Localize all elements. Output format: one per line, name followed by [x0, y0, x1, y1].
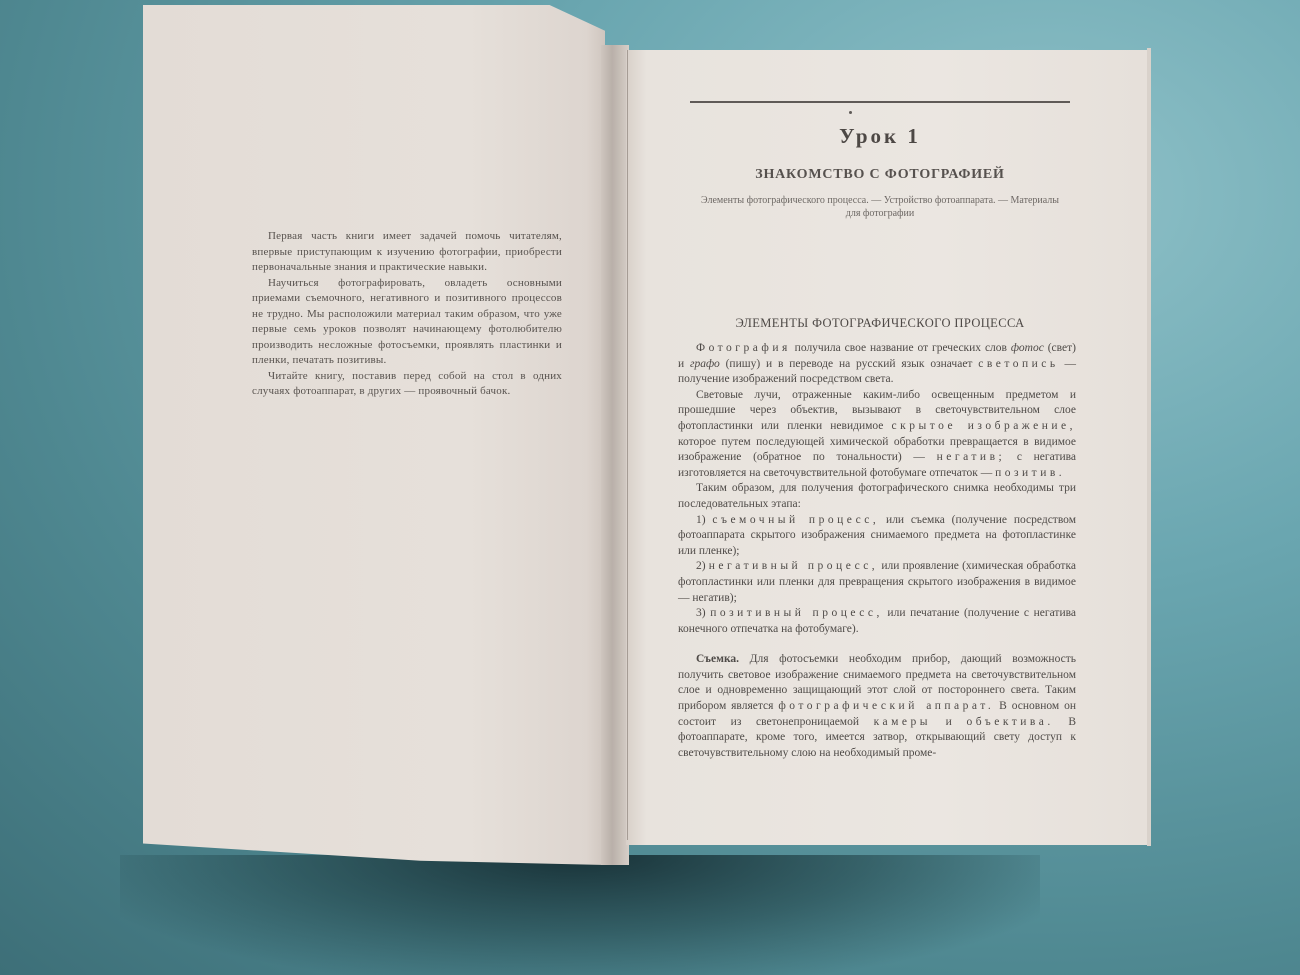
term: позитивный процесс, [710, 607, 883, 619]
term: негатив; [937, 451, 1006, 463]
paragraph: Световые лучи, отраженные каким-либо осв… [678, 388, 1076, 482]
term: графо [690, 358, 720, 370]
term: фотос [1011, 342, 1044, 354]
chapter-subtitle: Элементы фотографического процесса. — Ус… [700, 194, 1060, 220]
term: камеры [874, 716, 931, 728]
paragraph: Съемка. Для фотосъемки необходим прибор,… [678, 652, 1076, 761]
section-title: ЭЛЕМЕНТЫ ФОТОГРАФИЧЕСКОГО ПРОЦЕССА [690, 316, 1070, 331]
header-rule [690, 101, 1070, 103]
term: светопись [978, 358, 1058, 370]
chapter-title: ЗНАКОМСТВО С ФОТОГРАФИЕЙ [690, 167, 1070, 183]
paragraph: Первая часть книги имеет задачей помочь … [252, 229, 562, 276]
right-page-text: Фотография получила свое название от гре… [678, 341, 1076, 761]
step-number: 1) [696, 514, 712, 526]
left-page [143, 5, 605, 865]
page-edge [1147, 48, 1151, 846]
text: и [931, 716, 966, 728]
term: съемочный процесс, [712, 514, 879, 526]
term: фотографический аппарат. [778, 700, 994, 712]
text: (пишу) и в переводе на русский язык озна… [720, 358, 979, 370]
step-item: 1) съемочный процесс, или съемка (получе… [678, 513, 1076, 560]
step-item: 3) позитивный процесс, или печатание (по… [678, 606, 1076, 637]
paragraph: Научиться фотографировать, овладеть осно… [252, 276, 562, 369]
term: Фотография [696, 342, 791, 354]
paragraph: Читайте книгу, поставив перед собой на с… [252, 369, 562, 400]
step-number: 3) [696, 607, 710, 619]
step-item: 2) негативный процесс, или проявление (х… [678, 559, 1076, 606]
book-shadow [120, 855, 1040, 975]
left-page-text: Первая часть книги имеет задачей помочь … [252, 229, 562, 400]
run-in-heading: Съемка. [696, 653, 739, 665]
term: негативный процесс, [709, 560, 878, 572]
term: позитив. [995, 467, 1065, 479]
paragraph: Таким образом, для получения фотографиче… [678, 481, 1076, 512]
term: объектива. [966, 716, 1053, 728]
book-spine [601, 45, 629, 865]
text: получила свое название от греческих слов [791, 342, 1011, 354]
paragraph: Фотография получила свое название от гре… [678, 341, 1076, 388]
gutter-line [627, 50, 628, 840]
lesson-title: Урок 1 [690, 124, 1070, 149]
term: скрытое изображение, [892, 420, 1076, 432]
ornament-dot [849, 111, 852, 114]
step-number: 2) [696, 560, 709, 572]
